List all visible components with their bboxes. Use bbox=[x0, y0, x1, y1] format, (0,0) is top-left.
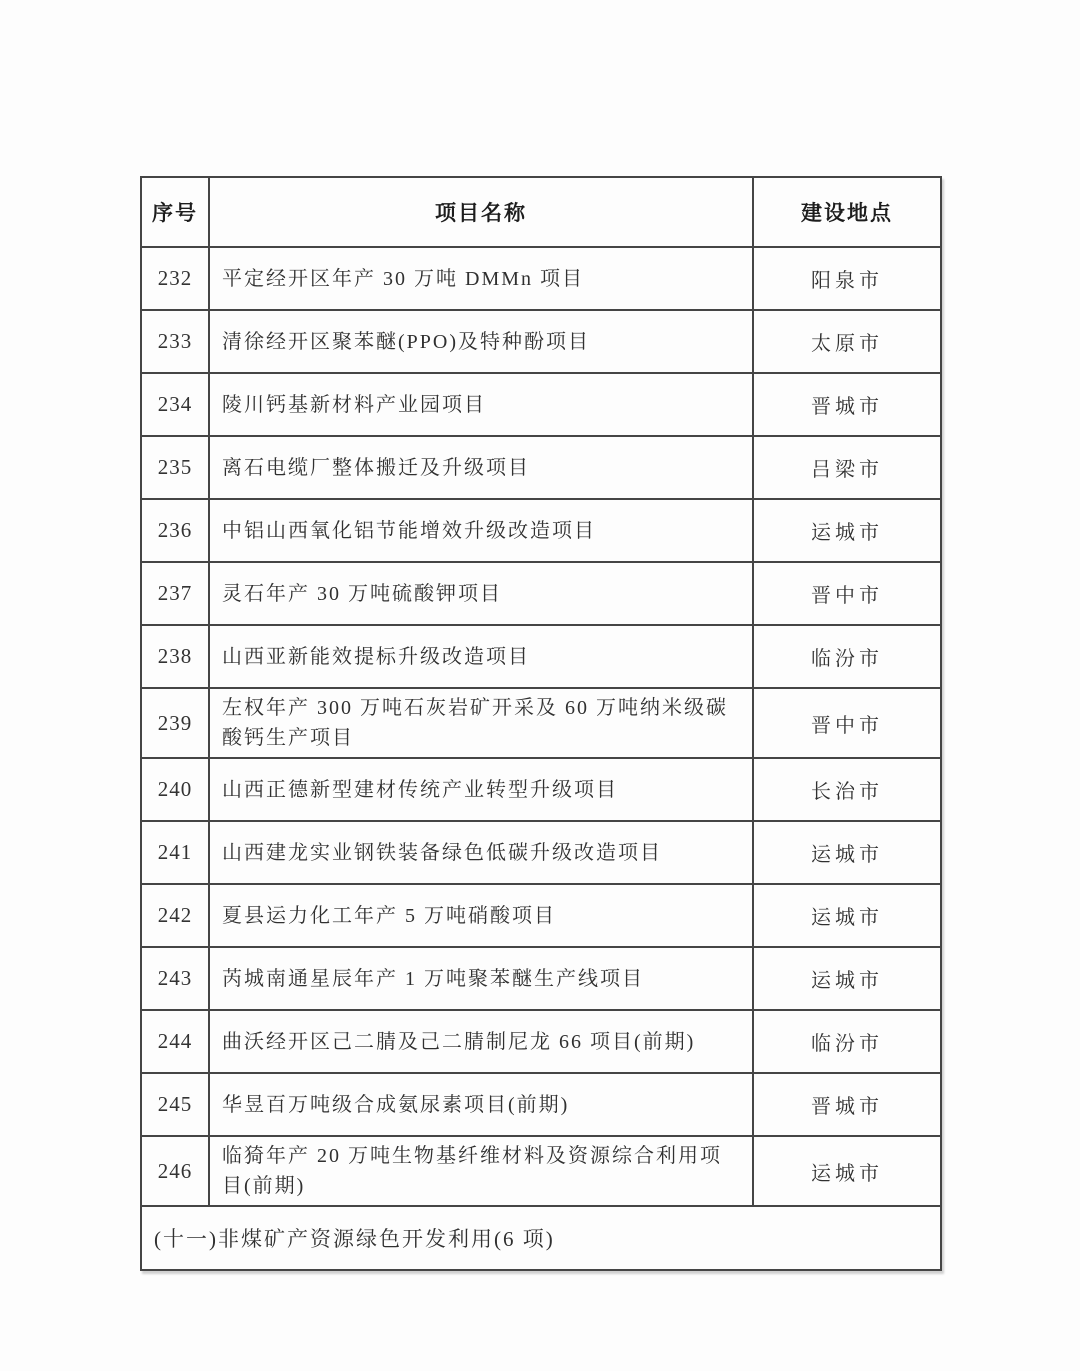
row-number: 240 bbox=[141, 758, 209, 821]
project-location: 晋中市 bbox=[753, 562, 941, 625]
project-name: 芮城南通星辰年产 1 万吨聚苯醚生产线项目 bbox=[209, 947, 753, 1010]
table-body: 232平定经开区年产 30 万吨 DMMn 项目阳泉市233清徐经开区聚苯醚(P… bbox=[141, 247, 941, 1270]
project-name: 山西亚新能效提标升级改造项目 bbox=[209, 625, 753, 688]
project-location: 临汾市 bbox=[753, 625, 941, 688]
table-row: 237灵石年产 30 万吨硫酸钾项目晋中市 bbox=[141, 562, 941, 625]
row-number: 233 bbox=[141, 310, 209, 373]
row-number: 234 bbox=[141, 373, 209, 436]
row-number: 236 bbox=[141, 499, 209, 562]
table-row: 242夏县运力化工年产 5 万吨硝酸项目运城市 bbox=[141, 884, 941, 947]
project-name: 灵石年产 30 万吨硫酸钾项目 bbox=[209, 562, 753, 625]
project-location: 运城市 bbox=[753, 821, 941, 884]
project-location: 吕梁市 bbox=[753, 436, 941, 499]
project-name: 曲沃经开区己二腈及己二腈制尼龙 66 项目(前期) bbox=[209, 1010, 753, 1073]
table-row: 239左权年产 300 万吨石灰岩矿开采及 60 万吨纳米级碳酸钙生产项目晋中市 bbox=[141, 688, 941, 758]
header-row: 序号项目名称建设地点 bbox=[141, 177, 941, 247]
project-location: 运城市 bbox=[753, 884, 941, 947]
row-number: 245 bbox=[141, 1073, 209, 1136]
row-number: 242 bbox=[141, 884, 209, 947]
table-row: 233清徐经开区聚苯醚(PPO)及特种酚项目太原市 bbox=[141, 310, 941, 373]
table-row: 241山西建龙实业钢铁装备绿色低碳升级改造项目运城市 bbox=[141, 821, 941, 884]
project-name: 中铝山西氧化铝节能增效升级改造项目 bbox=[209, 499, 753, 562]
project-name: 华昱百万吨级合成氨尿素项目(前期) bbox=[209, 1073, 753, 1136]
table-row: 245华昱百万吨级合成氨尿素项目(前期)晋城市 bbox=[141, 1073, 941, 1136]
row-number: 241 bbox=[141, 821, 209, 884]
table-row: 234陵川钙基新材料产业园项目晋城市 bbox=[141, 373, 941, 436]
project-name: 离石电缆厂整体搬迁及升级项目 bbox=[209, 436, 753, 499]
row-number: 235 bbox=[141, 436, 209, 499]
project-location: 晋城市 bbox=[753, 373, 941, 436]
project-name: 山西正德新型建材传统产业转型升级项目 bbox=[209, 758, 753, 821]
column-header-1: 项目名称 bbox=[209, 177, 753, 247]
row-number: 232 bbox=[141, 247, 209, 310]
project-name: 平定经开区年产 30 万吨 DMMn 项目 bbox=[209, 247, 753, 310]
document-page: 序号项目名称建设地点 232平定经开区年产 30 万吨 DMMn 项目阳泉市23… bbox=[0, 0, 1080, 1371]
row-number: 239 bbox=[141, 688, 209, 758]
table-row: 243芮城南通星辰年产 1 万吨聚苯醚生产线项目运城市 bbox=[141, 947, 941, 1010]
column-header-2: 建设地点 bbox=[753, 177, 941, 247]
project-location: 运城市 bbox=[753, 499, 941, 562]
table-row: 244曲沃经开区己二腈及己二腈制尼龙 66 项目(前期)临汾市 bbox=[141, 1010, 941, 1073]
project-location: 晋城市 bbox=[753, 1073, 941, 1136]
project-name: 夏县运力化工年产 5 万吨硝酸项目 bbox=[209, 884, 753, 947]
project-location: 运城市 bbox=[753, 1136, 941, 1206]
project-name: 山西建龙实业钢铁装备绿色低碳升级改造项目 bbox=[209, 821, 753, 884]
table-row: 240山西正德新型建材传统产业转型升级项目长治市 bbox=[141, 758, 941, 821]
project-location: 临汾市 bbox=[753, 1010, 941, 1073]
project-location: 长治市 bbox=[753, 758, 941, 821]
table-row: 232平定经开区年产 30 万吨 DMMn 项目阳泉市 bbox=[141, 247, 941, 310]
table-row: 235离石电缆厂整体搬迁及升级项目吕梁市 bbox=[141, 436, 941, 499]
project-location: 阳泉市 bbox=[753, 247, 941, 310]
project-table: 序号项目名称建设地点 232平定经开区年产 30 万吨 DMMn 项目阳泉市23… bbox=[140, 176, 942, 1271]
project-name: 陵川钙基新材料产业园项目 bbox=[209, 373, 753, 436]
project-name: 临猗年产 20 万吨生物基纤维材料及资源综合利用项目(前期) bbox=[209, 1136, 753, 1206]
row-number: 246 bbox=[141, 1136, 209, 1206]
table-row: 236中铝山西氧化铝节能增效升级改造项目运城市 bbox=[141, 499, 941, 562]
table-row: 246临猗年产 20 万吨生物基纤维材料及资源综合利用项目(前期)运城市 bbox=[141, 1136, 941, 1206]
table-row: 238山西亚新能效提标升级改造项目临汾市 bbox=[141, 625, 941, 688]
section-footer: (十一)非煤矿产资源绿色开发利用(6 项) bbox=[141, 1206, 941, 1270]
project-location: 太原市 bbox=[753, 310, 941, 373]
column-header-0: 序号 bbox=[141, 177, 209, 247]
project-location: 晋中市 bbox=[753, 688, 941, 758]
row-number: 237 bbox=[141, 562, 209, 625]
section-footer-row: (十一)非煤矿产资源绿色开发利用(6 项) bbox=[141, 1206, 941, 1270]
row-number: 238 bbox=[141, 625, 209, 688]
project-name: 清徐经开区聚苯醚(PPO)及特种酚项目 bbox=[209, 310, 753, 373]
project-location: 运城市 bbox=[753, 947, 941, 1010]
project-name: 左权年产 300 万吨石灰岩矿开采及 60 万吨纳米级碳酸钙生产项目 bbox=[209, 688, 753, 758]
row-number: 243 bbox=[141, 947, 209, 1010]
row-number: 244 bbox=[141, 1010, 209, 1073]
